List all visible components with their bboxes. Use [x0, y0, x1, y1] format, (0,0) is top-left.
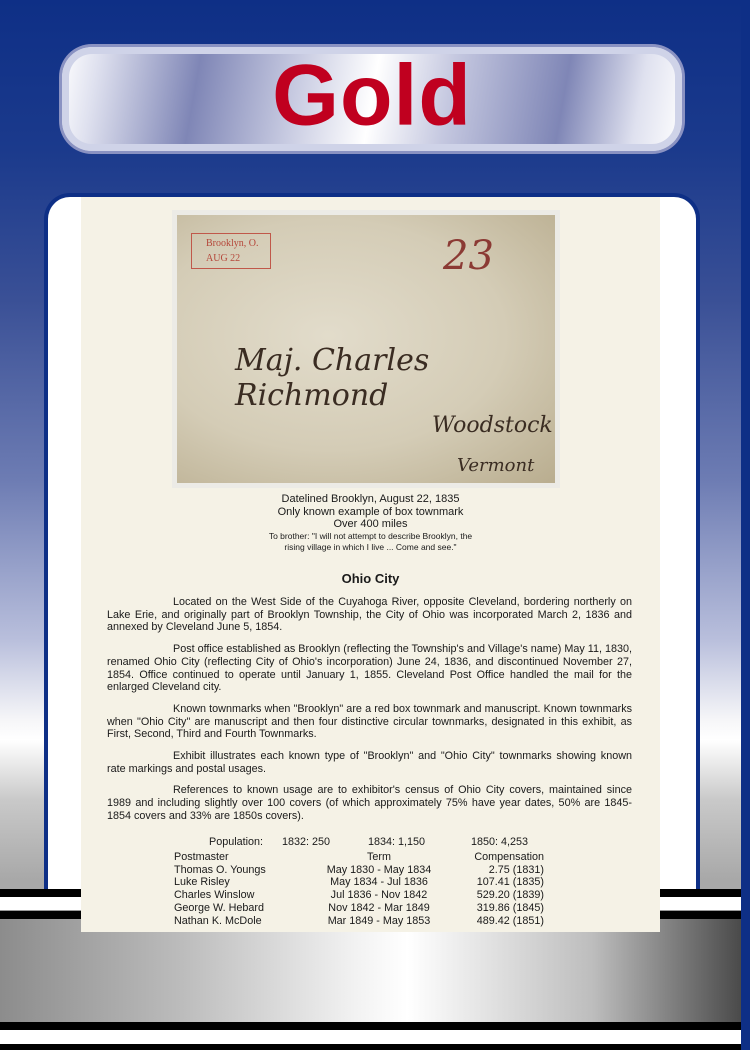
postmaster-compensation: 2.75 (1831) — [444, 864, 544, 877]
column-header: Compensation — [444, 851, 544, 864]
caption-line: Only known example of box townmark — [81, 506, 660, 519]
postmaster-compensation: 107.41 (1835) — [444, 876, 544, 889]
exhibit-page: Brooklyn, O. AUG 22 23 Maj. Charles Rich… — [81, 197, 660, 932]
award-banner: Gold — [62, 47, 682, 151]
column-header: Postmaster — [174, 851, 314, 864]
paragraph: Known townmarks when "Brooklyn" are a re… — [107, 703, 632, 741]
table-row: Nathan K. McDole Mar 1849 - May 1853 489… — [174, 915, 544, 928]
paragraph: References to known usage are to exhibit… — [107, 784, 632, 822]
cover-image: Brooklyn, O. AUG 22 23 Maj. Charles Rich… — [177, 215, 555, 483]
postmaster-name: Thomas O. Youngs — [174, 864, 314, 877]
address-town: Woodstock — [432, 413, 553, 438]
population-label: Population: — [209, 836, 263, 848]
table-row: Charles Winslow Jul 1836 - Nov 1842 529.… — [174, 889, 544, 902]
population-value: 1850: 4,253 — [471, 836, 528, 848]
right-edge-strip — [741, 0, 750, 1050]
column-header: Term — [314, 851, 444, 864]
box-townmark: Brooklyn, O. AUG 22 — [191, 233, 271, 269]
postmaster-name: Nathan K. McDole — [174, 915, 314, 928]
postmaster-term: May 1834 - Jul 1836 — [314, 876, 444, 889]
postmark-town: Brooklyn, O. — [206, 236, 270, 251]
award-title: Gold — [62, 47, 682, 146]
postmaster-table: Postmaster Term Compensation Thomas O. Y… — [174, 851, 544, 927]
section-heading: Ohio City — [81, 571, 660, 586]
stripe — [0, 1022, 741, 1030]
postmaster-term: Nov 1842 - Mar 1849 — [314, 902, 444, 915]
postmaster-term: Mar 1849 - May 1853 — [314, 915, 444, 928]
address-name: Maj. Charles Richmond — [235, 343, 555, 413]
postmaster-compensation: 529.20 (1839) — [444, 889, 544, 902]
postmaster-compensation: 489.42 (1851) — [444, 915, 544, 928]
postmaster-name: Charles Winslow — [174, 889, 314, 902]
population-value: 1834: 1,150 — [368, 836, 425, 848]
table-row: Thomas O. Youngs May 1830 - May 1834 2.7… — [174, 864, 544, 877]
postmaster-name: Luke Risley — [174, 876, 314, 889]
caption-quote: To brother: "I will not attempt to descr… — [81, 531, 660, 542]
section-body: Located on the West Side of the Cuyahoga… — [107, 596, 632, 832]
rate-marking: 23 — [443, 233, 494, 279]
paragraph: Post office established as Brooklyn (ref… — [107, 643, 632, 694]
postmaster-name: George W. Hebard — [174, 902, 314, 915]
stripe — [0, 1030, 741, 1045]
stripe — [0, 1044, 741, 1050]
caption-line: Datelined Brooklyn, August 22, 1835 — [81, 493, 660, 506]
address-state: Vermont — [457, 455, 534, 476]
postmaster-term: May 1830 - May 1834 — [314, 864, 444, 877]
table-row: George W. Hebard Nov 1842 - Mar 1849 319… — [174, 902, 544, 915]
cover-caption: Datelined Brooklyn, August 22, 1835 Only… — [81, 493, 660, 553]
postmark-date: AUG 22 — [206, 251, 270, 266]
postmaster-compensation: 319.86 (1845) — [444, 902, 544, 915]
table-row: Luke Risley May 1834 - Jul 1836 107.41 (… — [174, 876, 544, 889]
caption-quote: rising village in which I live ... Come … — [81, 542, 660, 553]
postmaster-term: Jul 1836 - Nov 1842 — [314, 889, 444, 902]
paragraph: Exhibit illustrates each known type of "… — [107, 750, 632, 775]
paragraph: Located on the West Side of the Cuyahoga… — [107, 596, 632, 634]
population-value: 1832: 250 — [282, 836, 330, 848]
caption-line: Over 400 miles — [81, 518, 660, 531]
table-header: Postmaster Term Compensation — [174, 851, 544, 864]
